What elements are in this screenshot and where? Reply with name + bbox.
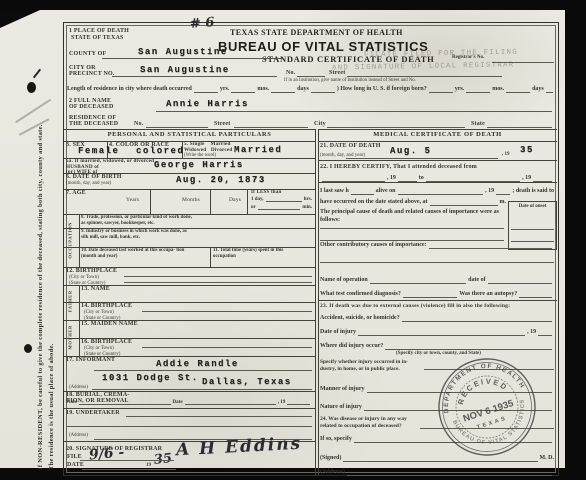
- certify-label: 22. I HEREBY CERTIFY, That I attended de…: [320, 164, 477, 171]
- divider: [318, 300, 557, 301]
- principal-cause-label: The principal cause of death and related…: [320, 209, 502, 224]
- blank-line: [80, 460, 174, 461]
- city-word-label: City: [314, 121, 326, 128]
- year19-label: , 19: [527, 329, 536, 336]
- marital-value: Married: [234, 146, 282, 155]
- blank-line: [343, 460, 537, 462]
- age-months-label: Months: [182, 197, 200, 203]
- informant-address-sub: (Address): [69, 385, 88, 391]
- blank-line: [322, 180, 385, 182]
- full-name-value: Annie Harris: [166, 100, 249, 109]
- date-of-injury-label: Date of injury: [320, 329, 356, 336]
- undertaker-label: 19. UNDERTAKER: [66, 410, 120, 417]
- blank-line: [287, 403, 310, 405]
- spouse-value: George Harris: [154, 161, 244, 170]
- department-title: TEXAS STATE DEPARTMENT OF HEALTH: [230, 29, 403, 37]
- precinct-no-label: PRECINCT NO.: [69, 71, 115, 78]
- address-label: (Address): [320, 469, 345, 476]
- blank-line: [351, 193, 374, 195]
- blank-line: [94, 370, 312, 371]
- signed-label: (Signed): [320, 455, 341, 462]
- date-of-onset-label: Date of onset: [509, 204, 556, 210]
- divider: [318, 141, 557, 142]
- last-saw-line: I last saw h alive on , 19 ; death is sa…: [320, 187, 554, 195]
- blank-line: [346, 158, 498, 159]
- blank-line: [429, 91, 453, 93]
- blank-line: [156, 111, 552, 112]
- no-label: No.: [134, 121, 143, 128]
- age-years-label: Years: [126, 197, 139, 203]
- accident-line: Accident, suicide, or homicide?: [320, 314, 554, 322]
- blank-line: [488, 282, 552, 284]
- margin-note-abode: The residence is the usual place of abod…: [49, 152, 56, 470]
- last-saw-label: I last saw h: [320, 188, 349, 195]
- burial-place-label: Place: [66, 400, 77, 406]
- blank-line: [492, 62, 554, 63]
- blank-line: [327, 127, 465, 128]
- blank-line: [112, 76, 277, 77]
- age-label: 7. AGE: [66, 190, 86, 197]
- signed-line: (Signed) M. D.: [320, 454, 554, 462]
- state-of-texas-label: STATE OF TEXAS: [71, 35, 124, 42]
- occ9-label: 9. Industry or business in which work wa…: [81, 229, 193, 241]
- institution-note: If in an Institution, give name of Insti…: [284, 78, 416, 84]
- case-number-handwritten: # 6: [190, 16, 215, 31]
- autopsy-label: Was there an autopsy?: [459, 291, 517, 298]
- blank-line: [271, 91, 295, 93]
- residence-label-2: THE DECEASED: [69, 121, 118, 128]
- cell-divider: [150, 189, 151, 214]
- father-name-label: 13. NAME: [81, 286, 110, 293]
- faint-overstamp-line2: AND SIGNATURE OF LOCAL REGISTRAR: [332, 62, 515, 73]
- year19-label: , 19: [502, 152, 510, 158]
- occupation-rotated-label: OCCUPATION: [69, 217, 74, 263]
- blank-line: [533, 180, 552, 182]
- blank-line: [538, 334, 552, 336]
- divider: [64, 129, 315, 130]
- blank-line: [320, 262, 554, 263]
- blank-line: [429, 247, 552, 249]
- father-rotated-label: FATHER: [69, 283, 74, 319]
- blank-line: [297, 76, 325, 77]
- blank-line: [402, 320, 552, 322]
- year19-label: , 19: [387, 175, 396, 182]
- blank-line: [258, 208, 301, 210]
- full-name-label-2: OF DECEASED: [69, 104, 113, 111]
- age-min-label: min.: [302, 205, 312, 211]
- accident-label: Accident, suicide, or homicide?: [320, 315, 400, 322]
- no-label: No.: [286, 70, 295, 77]
- blank-line: [234, 127, 308, 128]
- external-causes-label: 23. If death was due to external causes …: [320, 303, 510, 309]
- age-or-label: or: [251, 205, 256, 211]
- blank-line: [487, 127, 552, 128]
- blank-line: [398, 180, 417, 182]
- address-line: (Address): [320, 468, 554, 476]
- blank-line: [79, 403, 170, 405]
- medical-section-title: MEDICAL CERTIFICATE OF DEATH: [318, 129, 557, 140]
- registrar-signature: A H Eddins: [176, 436, 303, 460]
- paper-sheet: If NON-RESIDENT, be careful to give the …: [0, 10, 565, 468]
- date-label: DATE: [67, 462, 84, 469]
- informant-name-value: Addie Randle: [156, 360, 239, 369]
- blank-line: [82, 469, 176, 470]
- blank-line: [311, 91, 335, 93]
- operation-line: Name of operation date of: [320, 276, 554, 284]
- where-injury-sub: (Specify city or town, county, and State…: [396, 351, 481, 357]
- blank-line: [519, 296, 552, 298]
- blank-line: [231, 91, 255, 93]
- md-label: M. D.: [540, 455, 555, 462]
- state-word-label: State: [471, 121, 485, 128]
- date-of-death-value: Aug. 5: [390, 147, 431, 156]
- blank-line: [124, 276, 312, 277]
- blank-line: [320, 228, 504, 229]
- county-value: San Augustine: [138, 48, 228, 57]
- place-of-death-label: 1 PLACE OF DEATH: [69, 28, 129, 35]
- occ11-label: 11. Total time (years) spent in this occ…: [213, 248, 288, 260]
- divider: [318, 160, 557, 161]
- age-days-label: Days: [229, 197, 241, 203]
- cell-divider: [210, 189, 211, 214]
- blank-line: [66, 426, 312, 427]
- attended-dates-line: , 19 to , 19: [320, 174, 554, 182]
- blank-line: [511, 229, 554, 230]
- mos-label: mos.: [492, 86, 504, 93]
- divider: [64, 408, 315, 409]
- cell-divider: [247, 189, 248, 214]
- blank-line: [370, 282, 467, 284]
- foreign-born-label: ) How long in U. S. if foreign born?: [337, 86, 427, 93]
- operation-label: Name of operation: [320, 277, 368, 284]
- blank-line: [430, 204, 498, 206]
- mother-rotated-label: MOTHER: [69, 318, 74, 356]
- if-so-specify-label: If so, specify: [320, 436, 352, 443]
- date-of-label: date of: [468, 277, 486, 284]
- date-of-death-label: 21. DATE OF DEATH: [320, 143, 381, 150]
- to-label: to: [419, 175, 424, 182]
- mos-label: mos.: [257, 86, 269, 93]
- blank-line: [102, 58, 282, 59]
- blank-line: [398, 193, 484, 195]
- birthplace-label: 12. BIRTHPLACE: [66, 268, 117, 275]
- occurred-label: have occurred on the date stated above, …: [320, 199, 428, 206]
- divider: [318, 182, 557, 183]
- blank-line: [142, 347, 312, 348]
- father-birthplace-label: 14. BIRTHPLACE: [81, 303, 132, 310]
- death-said-label: ; death is said to: [512, 188, 554, 195]
- blank-line: [142, 311, 312, 312]
- nature-of-injury-label: Nature of injury: [320, 404, 362, 411]
- informant-address-value-1: 1031 Dodge St.: [102, 374, 199, 383]
- ink-blot: [24, 344, 32, 353]
- street-label: Street: [214, 121, 230, 128]
- blank-line: [426, 180, 520, 182]
- blank-line: [347, 474, 552, 476]
- cell-divider: [210, 247, 211, 267]
- scanned-death-certificate: If NON-RESIDENT, be careful to give the …: [0, 0, 586, 480]
- city-value: San Augustine: [140, 66, 230, 75]
- informant-address-value-2: Dallas, Texas: [202, 378, 292, 387]
- contributory-label: Other contributory causes of importance:: [320, 242, 427, 249]
- blank-line: [124, 282, 312, 283]
- cell-divider: [79, 285, 80, 356]
- days-label: days: [297, 86, 309, 93]
- yrs-label: yrs.: [455, 86, 465, 93]
- dob-sub-label: (month, day, and year): [66, 181, 111, 187]
- faint-overstamp-line1: FICATE FILED FOR THE FILING: [364, 50, 518, 60]
- county-label: COUNTY OF: [69, 51, 106, 58]
- year19-label: , 19: [522, 175, 531, 182]
- burial-year-label: , 19: [278, 400, 286, 406]
- blank-line: [146, 127, 208, 128]
- occ10-label: 10. Date deceased last worked at this oc…: [81, 248, 186, 260]
- specify-injury-label: Specify whether injury occurred in in- d…: [320, 359, 420, 373]
- cell-divider: [79, 214, 80, 267]
- year19-label: , 19: [485, 188, 494, 195]
- blank-line: [358, 334, 525, 336]
- manner-of-injury-label: Manner of injury: [320, 386, 365, 393]
- date-of-injury-line: Date of injury , 19: [320, 328, 554, 336]
- file-year-printed: 19: [146, 463, 151, 469]
- blank-line: [194, 91, 218, 93]
- undertaker-address-sub: (Address): [69, 433, 88, 439]
- pencil-scribble: [19, 118, 50, 135]
- mother-maiden-label: 15. MAIDEN NAME: [81, 321, 138, 328]
- burial-date-label: Date: [173, 400, 183, 406]
- registrar-no-label: Registrar's No.: [452, 55, 484, 61]
- personal-section-title: PERSONAL AND STATISTICAL PARTICULARS: [64, 129, 315, 140]
- street-label: Street: [329, 70, 345, 77]
- residence-length-row: Length of residence in city where death …: [67, 85, 555, 93]
- blank-line: [496, 193, 510, 195]
- blank-line: [347, 76, 502, 77]
- occupation-related-label: 24. Was disease or injury in any way rel…: [320, 416, 418, 430]
- days-label: days: [532, 86, 544, 93]
- length-label: Length of residence in city where death …: [67, 86, 192, 93]
- race-value: colored: [136, 147, 184, 156]
- where-injury-label: Where did injury occur?: [320, 343, 383, 350]
- test-label: What test confirmed diagnosis?: [320, 291, 401, 298]
- blank-line: [403, 296, 457, 298]
- blank-line: [126, 416, 312, 417]
- test-autopsy-line: What test confirmed diagnosis? Was there…: [320, 290, 554, 298]
- alive-on-label: alive on: [376, 188, 396, 195]
- blank-line: [466, 91, 490, 93]
- occ8-label: 8. Trade, profession, or particular kind…: [81, 215, 196, 227]
- age-min-line: or min.: [251, 197, 312, 210]
- contributory-line: Other contributory causes of importance:: [320, 241, 554, 249]
- blank-line: [506, 91, 530, 93]
- blank-line: [385, 348, 552, 350]
- yrs-label: yrs.: [220, 86, 230, 93]
- divider: [318, 129, 557, 130]
- mother-birthplace-label: 16. BIRTHPLACE: [81, 339, 132, 346]
- marital-label-3: (Write the word): [184, 153, 216, 159]
- blank-line: [92, 389, 312, 390]
- occurred-line: have occurred on the date stated above, …: [320, 198, 506, 206]
- death-year-value: 35: [520, 146, 534, 155]
- m-label: m.: [500, 199, 507, 206]
- ink-blot: [27, 82, 36, 93]
- blank-line: [546, 91, 553, 93]
- blank-line: [185, 403, 276, 405]
- informant-label: 17. INFORMANT: [66, 357, 115, 364]
- dob-value: Aug. 20, 1873: [176, 176, 266, 185]
- personal-column: PERSONAL AND STATISTICAL PARTICULARS: [64, 129, 315, 475]
- burial-place-date-line: Place Date , 19: [66, 397, 312, 405]
